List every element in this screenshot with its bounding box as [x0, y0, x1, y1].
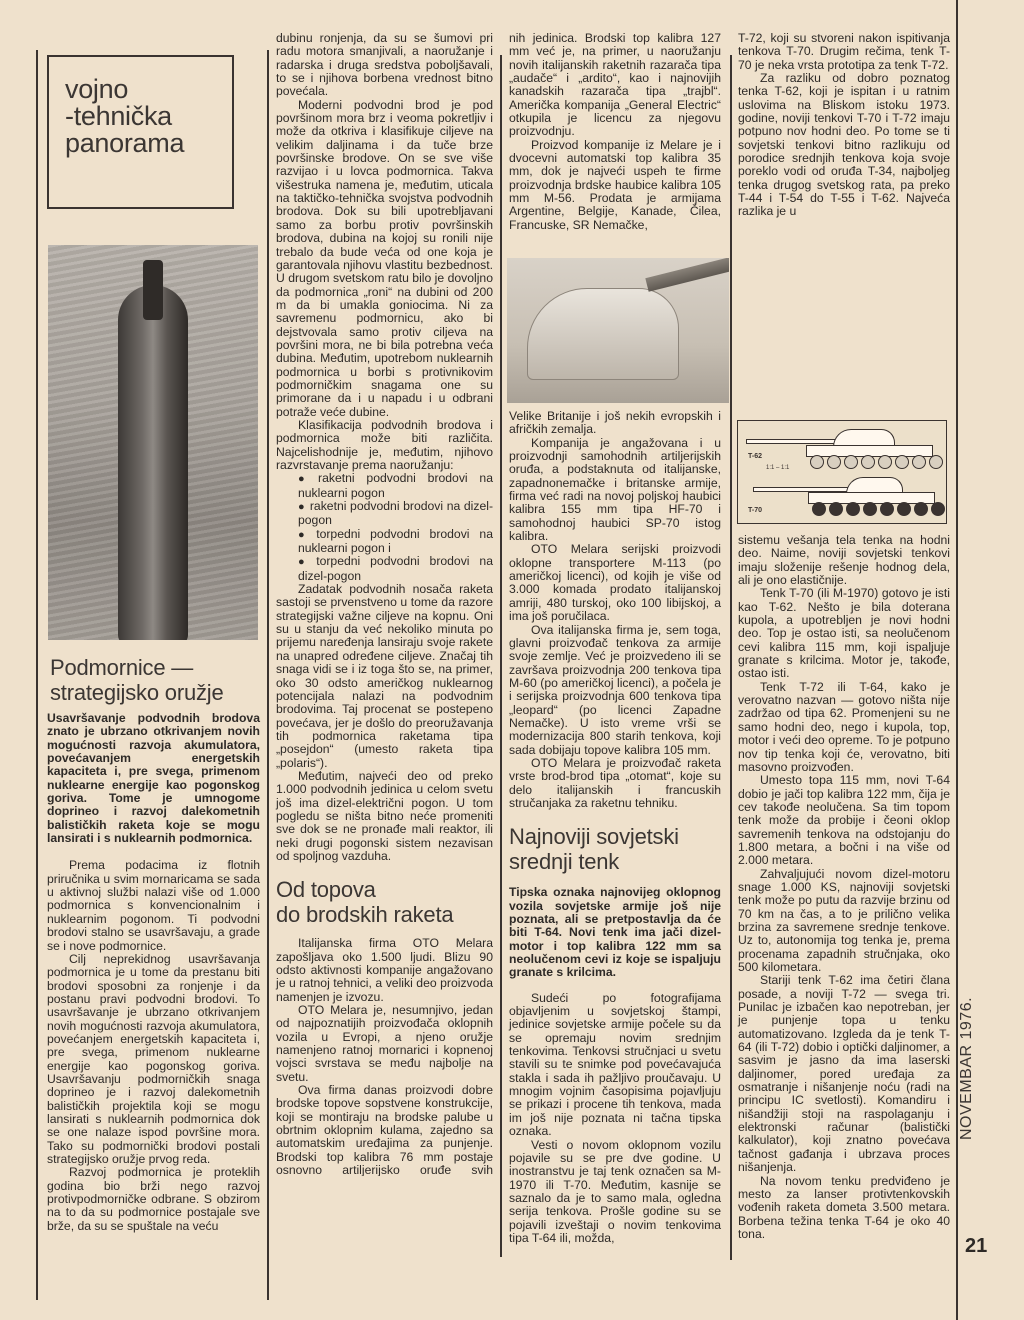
article-paragraph: Prema podacima iz flotnih priručnika u s… [47, 859, 260, 952]
headline-line: srednji tenk [509, 849, 721, 874]
bullet-item: raketni podvodni brodovi na dizel-pogon [276, 500, 493, 528]
column-rule-1 [267, 50, 269, 1300]
article-paragraph: Italijanska firma OTO Melara zapošljava … [276, 937, 493, 1004]
article2-column3-bottom: Velike Britanije i još nekih evropskih i… [509, 410, 721, 1245]
article-paragraph: Za razliku od dobro poznatog tenka T-62,… [738, 72, 950, 219]
gun-barrel [645, 258, 729, 292]
bullet-icon [298, 471, 318, 485]
article3-headline: Najnoviji sovjetski srednji tenk [509, 824, 721, 874]
bullet-text: raketni podvodni brodovi na dizel-pogon [298, 499, 493, 527]
submarine-photo [48, 245, 258, 640]
bullet-text: torpedni podvodni brodovi na dizel-pogon [298, 554, 493, 582]
article-paragraph: Tenk T-70 (ili M-1970) gotovo je isti ka… [738, 587, 950, 680]
article-paragraph: Klasifikacija podvodnih brodova i podmor… [276, 419, 493, 472]
article-paragraph: Razvoj podmornica je proteklih godina bi… [47, 1166, 260, 1233]
article-paragraph: Međutim, najveći deo od preko 1.000 podv… [276, 770, 493, 863]
article-paragraph: Umesto topa 115 mm, novi T-64 dobio je j… [738, 774, 950, 867]
article-paragraph: Zadatak podvodnih nosača raketa sastoji … [276, 583, 493, 770]
article-paragraph: Ova firma danas proizvodi dobre brodske … [276, 1084, 493, 1176]
article-paragraph: Velike Britanije i još nekih evropskih i… [509, 410, 721, 437]
bullet-text: torpedni podvodni brodovi na nuklearni p… [298, 527, 493, 555]
article-paragraph: OTO Melara serijski proizvodi oklopne tr… [509, 543, 721, 623]
naval-gun-photo [507, 258, 729, 403]
article3-column4-top: T-72, koji su stvoreni nakon ispitivanja… [738, 32, 950, 219]
bullet-icon [298, 527, 316, 541]
article-paragraph: Na novom tenku predviđeno je mesto za la… [738, 1175, 950, 1242]
article-paragraph: Stariji tenk T-62 ima četiri člana posad… [738, 974, 950, 1174]
headline-line: Od topova [276, 877, 493, 902]
article1-headline: Podmornice — strategijsko oružje [50, 655, 260, 705]
article-paragraph: Kompanija je angažovana i u proizvodnji … [509, 437, 721, 544]
tank-gun [746, 439, 838, 444]
article-paragraph: Cilj neprekidnog usavršavanja podmornica… [47, 953, 260, 1167]
bullet-icon [298, 554, 316, 568]
article3-lead: Tipska oznaka najnovijeg oklopnog vozila… [509, 886, 721, 979]
bullet-item: torpedni podvodni brodovi na nuklearni p… [276, 528, 493, 556]
page-number: 21 [965, 1235, 987, 1258]
bullet-item: torpedni podvodni brodovi na dizel-pogon [276, 555, 493, 583]
headline-line: strategijsko oružje [50, 680, 260, 705]
headline-line: Najnoviji sovjetski [509, 824, 721, 849]
article1-lead: Usavršavanje podvodnih brodova znato je … [47, 712, 260, 845]
article1-column2: dubinu ronjenja, da su se šumovi pri rad… [276, 32, 493, 1176]
column-rule-left [36, 50, 38, 1300]
article2-headline: Od topova do brodskih raketa [276, 877, 493, 927]
article-paragraph: Sudeći po fotografijama objavljenim u so… [509, 992, 721, 1139]
article3-column4-bottom: sistemu vešanja tela tenka na hodni deo.… [738, 534, 950, 1241]
article-paragraph: Ova italijanska firma je, sem toga, glav… [509, 624, 721, 757]
section-title: vojno -tehnička panorama [65, 76, 184, 157]
article2-column3-top: nih jedinica. Brodski top kalibra 127 mm… [509, 32, 721, 232]
submarine-hull [118, 285, 188, 640]
tank-wheels [810, 455, 943, 469]
tank-scale-label: 1:1 – 1:1 [766, 465, 789, 471]
issue-date: NOVEMBAR 1976. [958, 997, 976, 1140]
article1-column1: Usavršavanje podvodnih brodova znato je … [47, 712, 260, 1233]
bullet-item: raketni podvodni brodovi na nuklearni po… [276, 472, 493, 500]
article-paragraph: OTO Melara je proizvođač raketa vrste br… [509, 757, 721, 810]
tank-label-t62: T-62 [748, 453, 762, 460]
article-paragraph: dubinu ronjenja, da su se šumovi pri rad… [276, 32, 493, 99]
article-paragraph: T-72, koji su stvoreni nakon ispitivanja… [738, 32, 950, 72]
bullet-text: raketni podvodni brodovi na nuklearni po… [298, 471, 493, 499]
article-paragraph: OTO Melara je, nesumnjivo, jedan od najp… [276, 1004, 493, 1084]
tank-silhouette-figure: T-62 1:1 – 1:1 T-70 [737, 420, 947, 524]
submarine-sail [143, 260, 163, 320]
bullet-icon [298, 499, 310, 513]
article-paragraph: Tenk T-72 ili T-64, kako je verovatno na… [738, 681, 950, 774]
tank-label-t70: T-70 [748, 507, 762, 514]
article-paragraph: nih jedinica. Brodski top kalibra 127 mm… [509, 32, 721, 139]
column-rule-3 [730, 55, 732, 1260]
article-paragraph: Vesti o novom oklopnom vozilu pojavile s… [509, 1139, 721, 1246]
tank-wheels [812, 502, 945, 516]
article-paragraph: Proizvod kompanije iz Melare je i dvocev… [509, 139, 721, 232]
headline-line: Podmornice — [50, 655, 260, 680]
column-rule-2 [500, 55, 502, 1257]
section-title-box: vojno -tehnička panorama [47, 55, 234, 209]
article-paragraph: Moderni podvodni brod je pod površinom m… [276, 99, 493, 419]
article-paragraph: sistemu vešanja tela tenka na hodni deo.… [738, 534, 950, 587]
headline-line: do brodskih raketa [276, 902, 493, 927]
article-paragraph: Zahvaljujući novom dizel-motoru snage 1.… [738, 868, 950, 975]
gun-turret [527, 288, 679, 380]
